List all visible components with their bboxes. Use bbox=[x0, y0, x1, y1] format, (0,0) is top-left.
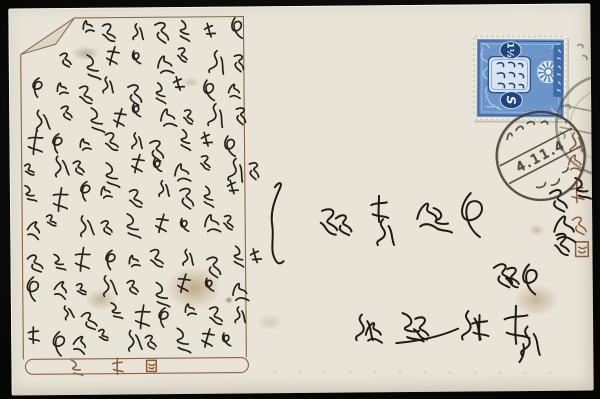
postmark-fragment bbox=[578, 44, 587, 59]
publisher-cartouche bbox=[25, 357, 248, 376]
stamp-value-oval: 1½ bbox=[500, 42, 521, 59]
stamp-sen-oval: S bbox=[500, 92, 522, 109]
postcard-artwork: 1½ S 4.11.4 bbox=[8, 3, 593, 395]
message-handwriting bbox=[22, 17, 263, 356]
folded-corner bbox=[20, 18, 74, 54]
address-handwriting bbox=[271, 178, 592, 364]
stamp-side-banner bbox=[553, 45, 563, 97]
faint-offset-marks bbox=[274, 370, 560, 375]
stamp-denomination: 1½ bbox=[504, 42, 515, 58]
stamp-sen-mark: S bbox=[504, 96, 518, 105]
postage-stamp: 1½ S bbox=[473, 35, 569, 122]
postcard: 1½ S 4.11.4 bbox=[8, 3, 593, 395]
stamp-center-cartouche bbox=[488, 57, 530, 93]
photo-background: 1½ S 4.11.4 bbox=[0, 0, 600, 399]
